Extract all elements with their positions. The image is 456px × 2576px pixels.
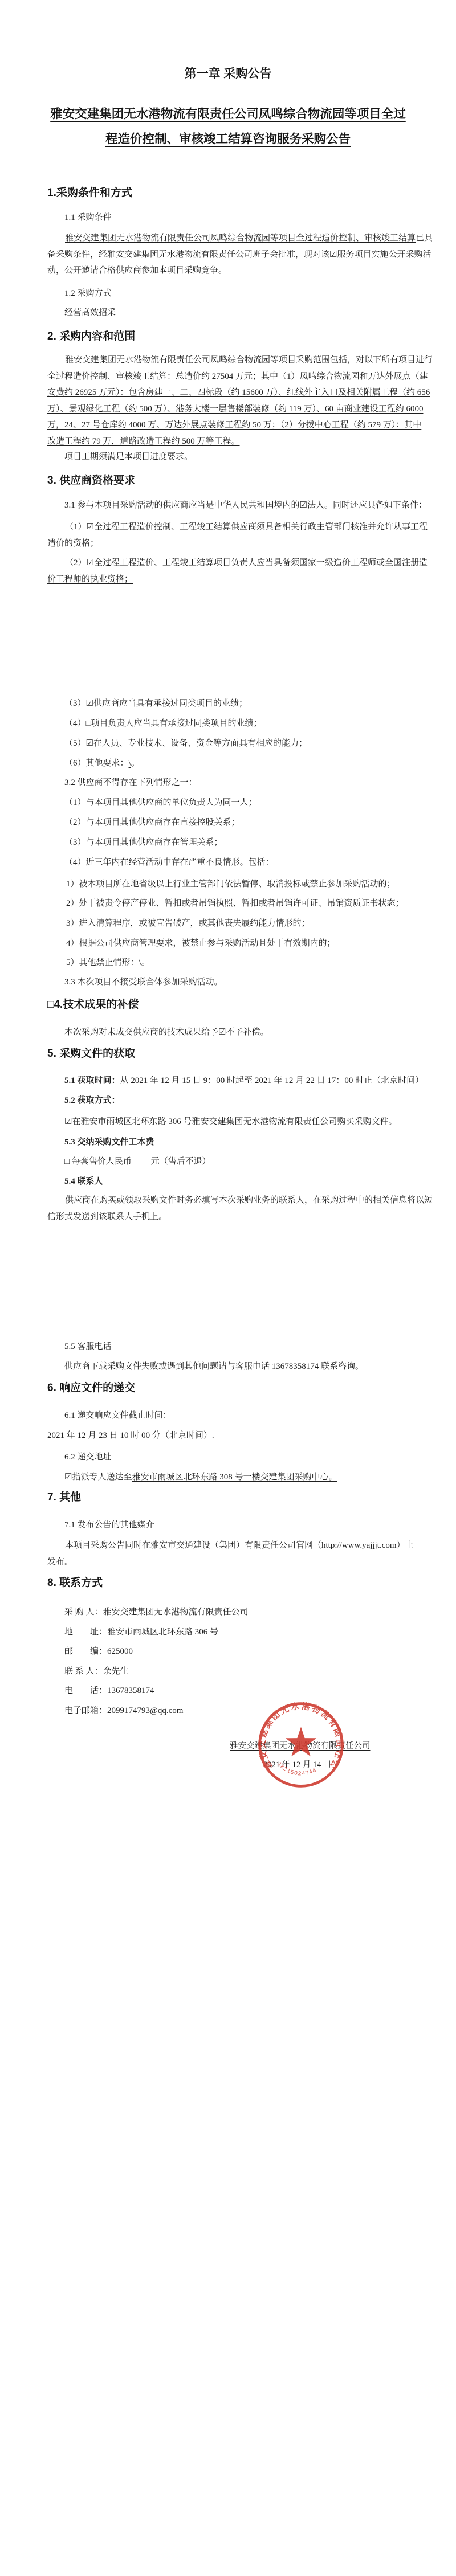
para-line: 全过程造价控制、审核竣工结算：总造价约 27504 万元；其中（1）凤鸣综合物流…	[47, 369, 433, 385]
qualification-item-3: （3）☑供应商应当具有承接过同类项目的业绩；	[64, 696, 247, 712]
prohibited-case-2: （2）与本项目其他供应商存在直接控股关系；	[64, 815, 240, 831]
para-line: 雅安交建集团无水港物流有限责任公司凤鸣综合物流园等项目全过程造价控制、审核竣工结…	[47, 230, 433, 247]
section-2-paragraph: 雅安交建集团无水港物流有限责任公司凤鸣综合物流园等项目采购范围包括，对以下所有项…	[47, 352, 433, 449]
contact-row-address: 地 址：雅安市雨城区北环东路 306 号	[64, 1622, 249, 1642]
year-value: 2021	[131, 1076, 148, 1085]
phone-value: 13678358174	[107, 1686, 154, 1695]
section-3-3: 3.3 本次项目不接受联合体参加采购活动。	[64, 974, 223, 991]
delivery-address-line: ☑指派专人送达至雅安市雨城区北环东路 308 号一楼交建集团采购中心。	[64, 1469, 337, 1486]
bad-record-2: 2）处于被责令停产停业、暂扣或者吊销执照、暂扣或者吊销许可证、吊销资质证书状态；	[66, 896, 404, 912]
section-1-2-label: 1.2 采购方式	[64, 285, 112, 302]
section-3-heading: 3. 供应商资格要求	[47, 473, 135, 488]
purchase-location-line: ☑在雅安市雨城区北环东路 306 号雅安交建集团无水港物流有限责任公司购买采购文…	[64, 1114, 397, 1130]
para-line: 雅安交建集团无水港物流有限责任公司凤鸣综合物流园等项目采购范围包括，对以下所有项…	[47, 352, 433, 369]
unchecked-box-icon: □ 每套售价人民币	[64, 1157, 134, 1166]
para-text: （2）☑全过程工程造价、工程竣工结算项目负责人应当具备	[65, 558, 291, 567]
contact-label: 电子邮箱：	[64, 1706, 107, 1715]
para-line: 供应商在购买或领取采购文件时务必填写本次采购业务的联系人，在采购过程中的相关信息…	[47, 1192, 433, 1209]
para-text: 联系咨询。	[319, 1362, 364, 1371]
prohibited-case-1: （1）与本项目其他供应商的单位负责人为同一人；	[64, 795, 257, 811]
qualification-item-4: （4）□项目负责人应当具有承接过同类项目的业绩；	[64, 715, 262, 732]
month-value: 12	[78, 1431, 86, 1440]
section-5-1: 5.1 获取时间：从 2021 年 12 月 15 日 9：00 时起至 202…	[64, 1073, 424, 1089]
para-text: 5）其他禁止情形：	[66, 958, 139, 967]
scope-underline: 万，24、27 号仓库约 4000 万、万达外展点装修工程约 50 万；（2）分…	[47, 420, 421, 430]
minute-value: 00	[141, 1431, 150, 1440]
section-2-heading: 2. 采购内容和范围	[47, 329, 135, 344]
contact-row-purchaser: 采 购 人：雅安交建集团无水港物流有限责任公司	[64, 1602, 249, 1622]
address-value: 雅安市雨城区北环东路 306 号	[107, 1628, 218, 1637]
section-8-heading: 8. 联系方式	[47, 1576, 103, 1590]
checked-box-icon: ☑指派专人送达至	[64, 1473, 132, 1482]
section-3-2: 3.2 供应商不得存在下列情形之一：	[64, 775, 197, 791]
scope-underline: 改造工程约 79 万，道路改造工程约 500 万等工程。	[47, 437, 240, 446]
postcode-value: 625000	[107, 1647, 133, 1656]
section-4-heading: □4.技术成果的补偿	[47, 997, 139, 1012]
para-line: 改造工程约 79 万，道路改造工程约 500 万等工程。	[47, 434, 433, 450]
email-value: 2099174793@qq.com	[107, 1706, 183, 1715]
para-text: 全过程造价控制、审核竣工结算：总造价约 27504 万元；其中（1）	[47, 372, 300, 381]
scope-underline: 万）、景观绿化工程（约 500 万）、港务大楼一层售楼部装修（约 119 万）、…	[47, 404, 423, 414]
scope-underline: 凤鸣综合物流园和万达外展点（建	[300, 372, 428, 381]
para-line: 备采购条件，经雅安交建集团无水港物流有限责任公司班子会批准，现对该☑服务项目实施…	[47, 247, 433, 263]
section-7-1-label: 7.1 发布公告的其他媒介	[64, 1517, 154, 1534]
section-7-heading: 7. 其他	[47, 1490, 81, 1505]
section-5-1-label: 5.1 获取时间：	[64, 1076, 120, 1085]
section-6-heading: 6. 响应文件的递交	[47, 1381, 135, 1396]
qualification-item-1: （1）☑全过程工程造价控制、工程竣工结算供应商须具备相关行政主管部门核准并允许从…	[47, 519, 427, 551]
company-seal-svg: 雅安交建集团无水港物流有限责任公司 18215024744	[255, 1699, 347, 1791]
scope-underline: 安费约 26925 万元）：包含房建一、二、四标段（约 15600 万）、红线外…	[47, 388, 430, 397]
publish-media-paragraph: 本项目采购公告同时在雅安市交通建设（集团）有限责任公司官网（http://www…	[47, 1538, 414, 1570]
para-text: 已具	[416, 234, 433, 243]
year-value: 2021	[255, 1076, 272, 1085]
delivery-address-underline: 雅安市雨城区北环东路 308 号一楼交建集团采购中心。	[132, 1473, 337, 1482]
bad-record-1: 1）被本项目所在地省级以上行业主管部门依法暂停、取消投标或禁止参加采购活动的；	[66, 876, 396, 893]
para-text: 月	[86, 1431, 99, 1440]
section-4-paragraph: 本次采购对未成交供应商的技术成果给予☑不予补偿。	[64, 1024, 268, 1041]
para-text: 日	[107, 1431, 120, 1440]
bad-record-4: 4）根据公司供应商管理要求，被禁止参与采购活动且处于有效期内的；	[66, 935, 336, 952]
doc-title-line1-text: 雅安交建集团无水港物流有限责任公司凤鸣综合物流园等项目全过	[50, 107, 406, 121]
para-text: 。	[131, 759, 140, 768]
para-line: 价工程师的执业资格；	[47, 571, 427, 588]
qualification-item-5: （5）☑在人员、专业技术、设备、资金等方面具有相应的能力；	[64, 735, 307, 752]
section-3-1: 3.1 参与本项目采购活动的供应商应当是中华人民共和国境内的☑法人。同时还应具备…	[64, 497, 427, 514]
para-text: 元（售后不退）	[151, 1157, 211, 1166]
section-5-5-label: 5.5 客服电话	[64, 1339, 112, 1355]
para-line: 信形式发送到该联系人手机上。	[47, 1209, 433, 1225]
seal-number: 18215024744	[276, 1761, 318, 1777]
contact-row-postcode: 邮 编：625000	[64, 1642, 249, 1662]
deadline-line: 2021 年 12 月 23 日 10 时 00 分（北京时间）.	[47, 1428, 214, 1444]
doc-title-line2-text: 程造价控制、审核竣工结算咨询服务采购公告	[105, 132, 351, 146]
qualification-item-2: （2）☑全过程工程造价、工程竣工结算项目负责人应当具备须国家一级造价工程师或全国…	[47, 555, 427, 587]
section-1-1-label: 1.1 采购条件	[64, 210, 112, 226]
contact-row-email: 电子邮箱：2099174793@qq.com	[64, 1701, 249, 1721]
para-line: 万）、景观绿化工程（约 500 万）、港务大楼一层售楼部装修（约 119 万）、…	[47, 401, 433, 418]
para-text: 供应商下载采购文件失败或遇到其他问题请与客服电话	[64, 1362, 272, 1371]
para-line: （2）☑全过程工程造价、工程竣工结算项目负责人应当具备须国家一级造价工程师或全国…	[47, 555, 427, 571]
contact-label: 邮 编：	[64, 1647, 107, 1656]
contact-block: 采 购 人：雅安交建集团无水港物流有限责任公司 地 址：雅安市雨城区北环东路 3…	[64, 1602, 249, 1720]
company-seal-stamp: 雅安交建集团无水港物流有限责任公司 18215024744	[255, 1699, 347, 1791]
section-1-1-paragraph: 雅安交建集团无水港物流有限责任公司凤鸣综合物流园等项目全过程造价控制、审核竣工结…	[47, 230, 433, 279]
para-text: 备采购条件，经	[47, 250, 107, 259]
star-icon	[286, 1727, 316, 1757]
section-6-1-label: 6.1 递交响应文件截止时间：	[64, 1408, 172, 1424]
section-5-4-label: 5.4 联系人	[64, 1173, 103, 1190]
project-name-underline: 雅安交建集团无水港物流有限责任公司凤鸣综合物流园等项目全过程造价控制、审核竣工结…	[65, 234, 416, 243]
month-value: 12	[161, 1076, 169, 1085]
contact-label: 采 购 人：	[64, 1608, 103, 1617]
service-phone-number: 13678358174	[272, 1362, 319, 1371]
license-underline: 价工程师的执业资格；	[47, 575, 133, 584]
checked-box-icon: ☑在	[64, 1117, 80, 1126]
section-1-heading: 1.采购条件和方式	[47, 186, 132, 201]
license-underline: 须国家一级造价工程师或全国注册造	[291, 558, 427, 567]
para-text: 批准，现对该☑服务项目实施公开采购活	[278, 250, 431, 259]
service-phone-line: 供应商下载采购文件失败或遇到其他问题请与客服电话 13678358174 联系咨…	[64, 1359, 364, 1375]
doc-title-line1: 雅安交建集团无水港物流有限责任公司凤鸣综合物流园等项目全过	[23, 105, 433, 122]
section-5-3-label: 5.3 交纳采购文件工本费	[64, 1134, 154, 1151]
para-line: 本项目采购公告同时在雅安市交通建设（集团）有限责任公司官网（http://www…	[47, 1538, 414, 1554]
para-text: 月 22 日 17：00 时止（北京时间）	[293, 1076, 424, 1085]
para-line: 安费约 26925 万元）：包含房建一、二、四标段（约 15600 万）、红线外…	[47, 385, 433, 401]
schedule-note: 项目工期须满足本项目进度要求。	[64, 449, 193, 465]
para-text: 。	[141, 958, 150, 967]
prohibited-case-4: （4）近三年内在经营活动中存在严重不良情形。包括：	[64, 854, 274, 871]
hour-value: 10	[120, 1431, 129, 1440]
para-text: 购买采购文件。	[337, 1117, 397, 1126]
fee-line: □ 每套售价人民币 元（售后不退）	[64, 1154, 211, 1170]
approver-underline: 雅安交建集团无水港物流有限责任公司班子会	[107, 250, 278, 259]
para-text: 年	[272, 1076, 285, 1085]
para-line: 造价的资格；	[47, 535, 427, 552]
para-text: 时	[129, 1431, 142, 1440]
procurement-announcement-page: 第一章 采购公告 雅安交建集团无水港物流有限责任公司凤鸣综合物流园等项目全过 程…	[0, 0, 456, 2576]
para-line: 发布。	[47, 1554, 414, 1571]
prohibited-case-3: （3）与本项目其他供应商存在管理关系；	[64, 835, 223, 851]
contact-row-phone: 电 话：13678358174	[64, 1681, 249, 1701]
fee-blank	[134, 1157, 151, 1166]
purchaser-name: 雅安交建集团无水港物流有限责任公司	[103, 1608, 249, 1617]
procurement-method: 经营高效招采	[64, 305, 116, 321]
contact-person-paragraph: 供应商在购买或领取采购文件时务必填写本次采购业务的联系人，在采购过程中的相关信息…	[47, 1192, 433, 1225]
para-text: 年	[148, 1076, 161, 1085]
purchase-address-underline: 雅安市雨城区北环东路 306 号雅安交建集团无水港物流有限责任公司	[80, 1117, 337, 1126]
chapter-title: 第一章 采购公告	[0, 66, 456, 83]
section-6-2-label: 6.2 递交地址	[64, 1449, 112, 1466]
para-text: 分（北京时间）.	[150, 1431, 214, 1440]
doc-title-line2: 程造价控制、审核竣工结算咨询服务采购公告	[23, 130, 433, 148]
para-line: 动，公开邀请合格供应商参加本项目采购竞争。	[47, 263, 433, 279]
section-5-heading: 5. 采购文件的获取	[47, 1046, 135, 1061]
para-text: 月 15 日 9：00 时起至	[169, 1076, 255, 1085]
day-value: 23	[99, 1431, 107, 1440]
para-text: 从	[120, 1076, 131, 1085]
section-5-2-label: 5.2 获取方式：	[64, 1093, 120, 1109]
bad-record-5: 5）其他禁止情形：\。	[66, 955, 150, 971]
contact-label: 电 话：	[64, 1686, 107, 1695]
month-value: 12	[284, 1076, 293, 1085]
para-text: 年	[64, 1431, 78, 1440]
bad-record-3: 3）进入清算程序，或被宣告破产，或其他丧失履约能力情形的；	[66, 915, 310, 932]
year-value: 2021	[47, 1431, 64, 1440]
para-line: （1）☑全过程工程造价控制、工程竣工结算供应商须具备相关行政主管部门核准并允许从…	[47, 519, 427, 535]
contact-person-value: 余先生	[103, 1667, 129, 1676]
contact-row-person: 联 系 人：余先生	[64, 1662, 249, 1682]
contact-label: 地 址：	[64, 1628, 107, 1637]
contact-label: 联 系 人：	[64, 1667, 103, 1676]
qualification-item-6: （6）其他要求：\。	[64, 755, 140, 772]
para-text: （6）其他要求：	[64, 759, 129, 768]
para-line: 万，24、27 号仓库约 4000 万、万达外展点装修工程约 50 万；（2）分…	[47, 417, 433, 434]
